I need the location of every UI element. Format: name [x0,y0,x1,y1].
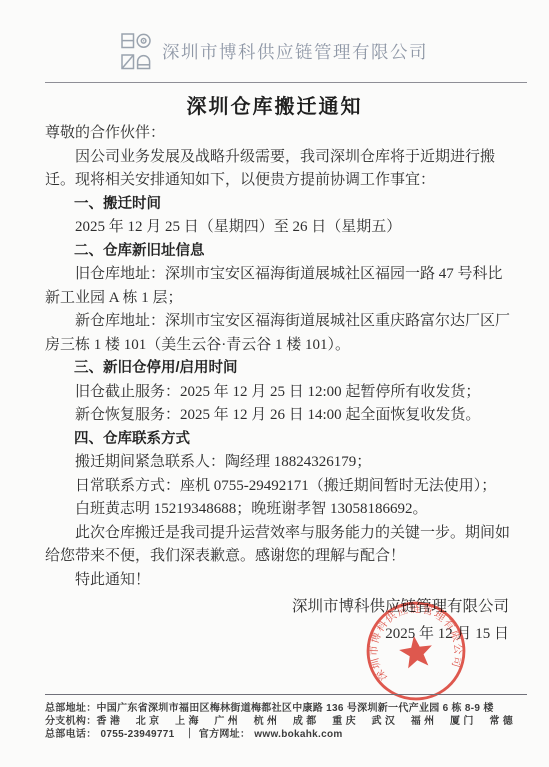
footer-pipe-divider: ｜ [184,728,194,741]
footer-contact-line: 总部电话： 0755-23949771 ｜ 官方网址： www.bokahk.c… [45,728,527,741]
document-title: 深圳仓库搬迁通知 [0,92,549,122]
branch-city: 福 州 [411,715,435,728]
branch-city: 武 汉 [371,715,395,728]
intro-paragraph: 因公司业务发展及战略升级需要，我司深圳仓库将于近期进行搬迁。现将相关安排通知如下… [45,146,515,193]
shift-contacts: 白班黄志明 15219348688；晚班谢孝智 13058186692。 [45,498,515,522]
footer: 总部地址：中国广东省深圳市福田区梅林街道梅都社区中康路 136 号深圳新一代产业… [45,694,527,741]
phone-number: 0755-23949771 [101,728,175,741]
salutation: 尊敬的合作伙伴： [45,122,515,146]
notice-body: 尊敬的合作伙伴： 因公司业务发展及战略升级需要，我司深圳仓库将于近期进行搬迁。现… [0,122,549,649]
signature-date: 2025 年 12 月 15 日 [45,620,509,649]
section-heading-move-time: 一、搬迁时间 [45,193,515,217]
branch-city: 常 德 [489,715,513,728]
branch-city: 北 京 [136,715,160,728]
section-heading-contacts: 四、仓库联系方式 [45,428,515,452]
website-label: 官方网址： [199,728,251,741]
boka-logo-icon [121,33,151,70]
letterhead-company-name: 深圳市博科供应链管理有限公司 [162,39,428,64]
header-divider-line [45,82,527,83]
branch-city: 重 庆 [332,715,356,728]
emergency-contact: 搬迁期间紧急联系人：陶经理 18824326179； [45,451,515,475]
old-warehouse-address: 旧仓库地址：深圳市宝安区福海街道展城社区福园一路 47 号科比新工业园 A 栋 … [45,263,515,310]
branch-city: 成 都 [293,715,317,728]
branch-city: 广 州 [214,715,238,728]
branch-city: 香 港 [97,715,121,728]
signature-company: 深圳市博科供应链管理有限公司 [45,594,509,620]
new-warehouse-resume: 新仓恢复服务：2025 年 12 月 26 日 14:00 起全面恢复收发货。 [45,404,515,428]
website-url: www.bokahk.com [254,728,342,741]
footer-address: 总部地址：中国广东省深圳市福田区梅林街道梅都社区中康路 136 号深圳新一代产业… [45,702,527,715]
signature-block: 深圳市博科供应链管理有限公司 2025 年 12 月 15 日 [45,594,515,649]
old-warehouse-cutoff: 旧仓截止服务：2025 年 12 月 25 日 12:00 起暂停所有收发货； [45,381,515,405]
letterhead: 深圳市博科供应链管理有限公司 [0,0,549,70]
phone-label: 总部电话： [45,728,97,741]
move-time-line: 2025 年 12 月 25 日（星期四）至 26 日（星期五） [45,216,515,240]
daily-contact: 日常联系方式：座机 0755-29492171（搬迁期间暂时无法使用）； [45,475,515,499]
footer-branches: 分支机构： 香 港北 京上 海广 州杭 州成 都重 庆武 汉福 州厦 门常 德 [45,715,527,728]
branches-label: 分支机构： [45,715,97,728]
section-heading-service-times: 三、新旧仓停用/启用时间 [45,357,515,381]
closing-paragraph: 此次仓库搬迁是我司提升运营效率与服务能力的关键一步。期间如给您带来不便，我们深表… [45,522,515,569]
branches-list: 香 港北 京上 海广 州杭 州成 都重 庆武 汉福 州厦 门常 德 [97,715,528,728]
branch-city: 厦 门 [450,715,474,728]
scanned-notice-page: 深圳市博科供应链管理有限公司 深圳仓库搬迁通知 尊敬的合作伙伴： 因公司业务发展… [0,0,549,767]
notice-statement: 特此通知！ [45,569,515,593]
branch-city: 上 海 [175,715,199,728]
new-warehouse-address: 新仓库地址：深圳市宝安区福海街道展城社区重庆路富尔达厂区厂房三栋 1 楼 101… [45,310,515,357]
section-heading-addresses: 二、仓库新旧址信息 [45,240,515,264]
branch-city: 杭 州 [254,715,278,728]
